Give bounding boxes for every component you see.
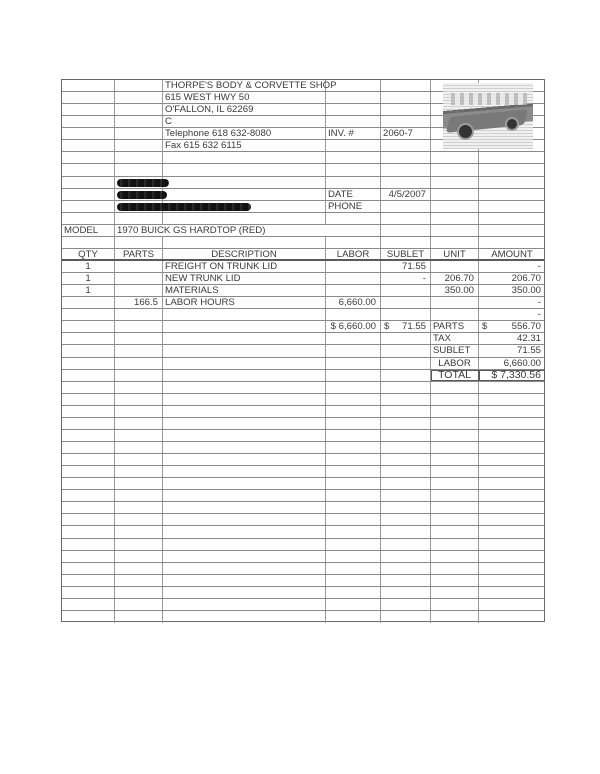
line-item-description: NEW TRUNK LID: [163, 273, 326, 284]
cell: [115, 430, 163, 441]
cell: [479, 551, 545, 562]
sheet-row: [62, 152, 544, 164]
model-label: MODEL: [62, 225, 115, 236]
cell: [62, 587, 115, 598]
cell: [62, 526, 115, 537]
cell: [62, 418, 115, 429]
line-item-sublet: [381, 309, 431, 320]
summary-label-sublet: SUBLET: [431, 345, 479, 356]
line-item-row: -: [62, 309, 544, 321]
phone-label: PHONE: [326, 201, 381, 212]
cell: [326, 466, 381, 477]
cell: [115, 128, 163, 139]
summary-value-sublet: 71.55: [479, 345, 545, 356]
cell: [431, 575, 479, 586]
cell: [431, 599, 479, 610]
cell: [381, 116, 431, 127]
line-item-labor: 6,660.00: [326, 297, 381, 308]
cell: [326, 611, 381, 623]
line-item-parts: [115, 261, 163, 272]
sheet-row: [62, 526, 544, 538]
cell: [431, 152, 479, 163]
cell: [62, 466, 115, 477]
cell: [163, 514, 326, 525]
sheet-row: PHONE: [62, 201, 544, 213]
sheet-row: $ 6,660.00$71.55PARTS$556.70: [62, 321, 544, 333]
cell: [479, 430, 545, 441]
cell: [62, 128, 115, 139]
shop-fax: Fax 615 632 6115: [163, 140, 326, 151]
sheet-row: [62, 539, 544, 551]
cell: [115, 237, 163, 248]
cell: [479, 201, 545, 212]
summary-amount: 42.31: [517, 333, 541, 344]
cell: [115, 406, 163, 417]
line-item-description: FREIGHT ON TRUNK LID: [163, 261, 326, 272]
cell: [326, 406, 381, 417]
line-item-row: 1FREIGHT ON TRUNK LID71.55-: [62, 261, 544, 273]
cell: [381, 539, 431, 550]
cell: [115, 587, 163, 598]
column-header-qty: QTY: [62, 249, 115, 259]
cell: [479, 526, 545, 537]
cell: [479, 454, 545, 465]
cell: [163, 490, 326, 501]
cell: [115, 514, 163, 525]
cell: [479, 177, 545, 188]
cell: [115, 575, 163, 586]
sheet-row: [62, 418, 544, 430]
cell: [163, 478, 326, 489]
cell: [62, 394, 115, 405]
cell: [431, 611, 479, 623]
cell: [115, 189, 163, 200]
cell: [326, 237, 381, 248]
cell: [479, 213, 545, 224]
line-item-qty: 1: [62, 285, 115, 296]
cell: [62, 539, 115, 550]
cell: [115, 526, 163, 537]
summary-amount: $ 7,330.56: [491, 369, 541, 381]
cell: [163, 406, 326, 417]
cell: [479, 466, 545, 477]
cell: [381, 152, 431, 163]
line-item-qty: 1: [62, 261, 115, 272]
cell: [431, 164, 479, 175]
cell: [115, 333, 163, 344]
cell: [326, 345, 381, 356]
cell: [431, 539, 479, 550]
cell: [431, 225, 479, 236]
cell: [115, 321, 163, 332]
line-item-unit: 206.70: [431, 273, 479, 284]
cell: [62, 80, 115, 91]
car-photo-icon: [443, 83, 533, 149]
cell: [115, 563, 163, 574]
cell: [62, 563, 115, 574]
cell: [431, 177, 479, 188]
cell: [479, 394, 545, 405]
cell: [381, 514, 431, 525]
cell: [326, 104, 381, 115]
cell: [431, 430, 479, 441]
summary-label-parts: PARTS: [431, 321, 479, 332]
cell: [381, 490, 431, 501]
cell: [163, 345, 326, 356]
redacted-customer-info: [117, 191, 167, 199]
cell: [326, 92, 381, 103]
line-item-parts: [115, 309, 163, 320]
cell: [431, 189, 479, 200]
line-item-labor: [326, 261, 381, 272]
cell: [115, 490, 163, 501]
cell: [163, 237, 326, 248]
cell: [115, 466, 163, 477]
line-item-parts: [115, 285, 163, 296]
cell: [381, 551, 431, 562]
cell: [326, 80, 381, 91]
cell: [62, 152, 115, 163]
sheet-row: [62, 551, 544, 563]
cell: [62, 321, 115, 332]
summary-value-total: $ 7,330.56: [479, 370, 545, 381]
cell: [326, 152, 381, 163]
customer-phone: [381, 201, 431, 212]
cell: [326, 599, 381, 610]
cell: [381, 92, 431, 103]
line-item-amount: 206.70: [479, 273, 545, 284]
cell: [431, 514, 479, 525]
cell: [115, 177, 163, 188]
cell: [62, 514, 115, 525]
invoice-number-label: INV. #: [326, 128, 381, 139]
summary-label-labor: LABOR: [431, 358, 479, 369]
cell: [115, 551, 163, 562]
sheet-row: [62, 164, 544, 176]
line-item-labor: [326, 285, 381, 296]
cell: [479, 442, 545, 453]
cell: [381, 418, 431, 429]
cell: [163, 177, 326, 188]
cell: [381, 213, 431, 224]
cell: [163, 382, 326, 393]
line-item-row: 166.5LABOR HOURS6,660.00-: [62, 297, 544, 309]
cell: [163, 430, 326, 441]
sheet-row: [62, 587, 544, 599]
line-item-parts: 166.5: [115, 297, 163, 308]
line-item-sublet: [381, 285, 431, 296]
cell: [163, 321, 326, 332]
cell: [381, 502, 431, 513]
cell: [431, 213, 479, 224]
cell: [163, 394, 326, 405]
cell: [62, 164, 115, 175]
cell: [381, 466, 431, 477]
cell: [163, 539, 326, 550]
cell: [163, 201, 326, 212]
cell: [326, 454, 381, 465]
cell: [431, 526, 479, 537]
date-label: DATE: [326, 189, 381, 200]
sublet-currency: $: [384, 321, 389, 332]
cell: [62, 406, 115, 417]
cell: [326, 490, 381, 501]
line-item-qty: [62, 309, 115, 320]
column-header-labor: LABOR: [326, 249, 381, 259]
line-item-amount: -: [479, 261, 545, 272]
cell: [431, 201, 479, 212]
cell: [381, 526, 431, 537]
cell: [163, 189, 326, 200]
cell: [431, 478, 479, 489]
cell: [381, 587, 431, 598]
sheet-row: [62, 611, 544, 623]
cell: [326, 478, 381, 489]
cell: [115, 370, 163, 381]
cell: [381, 177, 431, 188]
building-background: [451, 93, 527, 105]
cell: [431, 406, 479, 417]
cell: [115, 478, 163, 489]
cell: [62, 454, 115, 465]
cell: [62, 345, 115, 356]
cell: [62, 442, 115, 453]
cell: [326, 382, 381, 393]
cell: [115, 345, 163, 356]
line-item-unit: [431, 261, 479, 272]
cell: [431, 382, 479, 393]
cell: [163, 370, 326, 381]
column-header-parts: PARTS: [115, 249, 163, 259]
cell: [326, 502, 381, 513]
cell: [115, 394, 163, 405]
cell: [381, 140, 431, 151]
cell: [431, 454, 479, 465]
cell: [62, 333, 115, 344]
cell: [62, 370, 115, 381]
column-header-unit: UNIT: [431, 249, 479, 259]
sheet-row: SUBLET71.55: [62, 345, 544, 357]
column-header-description: DESCRIPTION: [163, 249, 326, 259]
cell: [115, 104, 163, 115]
cell: [326, 177, 381, 188]
cell: [163, 526, 326, 537]
sheet-row: [62, 213, 544, 225]
cell: [381, 333, 431, 344]
sheet-row: TAX42.31: [62, 333, 544, 345]
sheet-row: [62, 490, 544, 502]
cell: [62, 140, 115, 151]
cell: [381, 430, 431, 441]
cell: [381, 382, 431, 393]
cell: [479, 225, 545, 236]
cell: [163, 575, 326, 586]
cell: [115, 213, 163, 224]
line-item-unit: [431, 297, 479, 308]
cell: [163, 213, 326, 224]
cell: [479, 514, 545, 525]
invoice-number: 2060-7: [381, 128, 431, 139]
sheet-row: [62, 502, 544, 514]
cell: [115, 116, 163, 127]
sheet-row: [62, 442, 544, 454]
cell: [115, 140, 163, 151]
cell: [163, 551, 326, 562]
cell: [115, 92, 163, 103]
cell: [163, 502, 326, 513]
sheet-row: [62, 599, 544, 611]
cell: [326, 539, 381, 550]
shop-name: THORPE'S BODY & CORVETTE SHOP: [163, 80, 326, 91]
cell: [431, 490, 479, 501]
sheet-row: [62, 575, 544, 587]
sheet-row: TOTAL$ 7,330.56: [62, 370, 544, 382]
cell: [62, 502, 115, 513]
cell: [381, 104, 431, 115]
cell: [381, 575, 431, 586]
cell: [431, 237, 479, 248]
cell: [163, 466, 326, 477]
column-header-amount: AMOUNT: [479, 249, 545, 259]
summary-label-tax: TAX: [431, 333, 479, 344]
car-wheel-icon: [457, 123, 474, 140]
cell: [62, 599, 115, 610]
cell: [115, 152, 163, 163]
line-item-qty: [62, 297, 115, 308]
sheet-row: [62, 466, 544, 478]
cell: [479, 478, 545, 489]
cell: [381, 442, 431, 453]
cell: [115, 358, 163, 369]
cell: [62, 116, 115, 127]
sheet-row: [62, 394, 544, 406]
cell: [62, 92, 115, 103]
cell: [326, 394, 381, 405]
cell: [115, 382, 163, 393]
cell: [115, 599, 163, 610]
cell: [62, 201, 115, 212]
cell: [381, 345, 431, 356]
cell: [479, 382, 545, 393]
cell: [163, 563, 326, 574]
cell: [381, 225, 431, 236]
line-item-sublet: 71.55: [381, 261, 431, 272]
sheet-row: [62, 382, 544, 394]
cell: [479, 152, 545, 163]
column-header-sublet: SUBLET: [381, 249, 431, 259]
model-value: 1970 BUICK GS HARDTOP (RED): [115, 225, 326, 236]
cell: [115, 201, 163, 212]
shop-address: 615 WEST HWY 50: [163, 92, 326, 103]
cell: [62, 213, 115, 224]
cell: [62, 611, 115, 623]
line-item-amount: -: [479, 297, 545, 308]
shop-city: O'FALLON, IL 62269: [163, 104, 326, 115]
cell: [381, 80, 431, 91]
cell: [163, 152, 326, 163]
cell: [326, 370, 381, 381]
cell: [115, 164, 163, 175]
cell: [163, 164, 326, 175]
cell: [431, 394, 479, 405]
cell: [326, 225, 381, 236]
cell: [479, 575, 545, 586]
cell: [163, 587, 326, 598]
line-item-sublet: -: [381, 273, 431, 284]
cell: [479, 587, 545, 598]
line-item-labor: [326, 309, 381, 320]
sheet-row: [62, 563, 544, 575]
sheet-row: MODEL1970 BUICK GS HARDTOP (RED): [62, 225, 544, 237]
summary-value-parts: $556.70: [479, 321, 545, 332]
invoice-sheet: THORPE'S BODY & CORVETTE SHOP615 WEST HW…: [61, 79, 545, 622]
cell: [431, 563, 479, 574]
cell: [163, 611, 326, 623]
cell: [163, 418, 326, 429]
sheet-row: LABOR6,660.00: [62, 358, 544, 370]
line-item-amount: 350.00: [479, 285, 545, 296]
cell: [479, 418, 545, 429]
cell: [326, 526, 381, 537]
sheet-row: [62, 454, 544, 466]
cell: [479, 490, 545, 501]
cell: [326, 333, 381, 344]
cell: [479, 237, 545, 248]
cell: [431, 442, 479, 453]
cell: [326, 563, 381, 574]
cell: [326, 418, 381, 429]
line-item-sublet: [381, 297, 431, 308]
line-item-description: LABOR HOURS: [163, 297, 326, 308]
cell: [62, 177, 115, 188]
cell: $71.55: [381, 321, 431, 332]
summary-amount: 71.55: [517, 345, 541, 356]
cell: [62, 358, 115, 369]
cell: [62, 490, 115, 501]
cell: [115, 502, 163, 513]
cell: [381, 237, 431, 248]
cell: [326, 213, 381, 224]
cell: [326, 551, 381, 562]
sublet-total: 71.55: [402, 321, 426, 332]
cell: [326, 442, 381, 453]
cell: [381, 358, 431, 369]
cell: [381, 394, 431, 405]
sheet-row: [62, 478, 544, 490]
cell: [479, 539, 545, 550]
summary-amount: 6,660.00: [504, 358, 541, 369]
shop-telephone: Telephone 618 632-8080: [163, 128, 326, 139]
cell: [115, 442, 163, 453]
cell: [326, 164, 381, 175]
sheet-row: QTYPARTSDESCRIPTIONLABORSUBLETUNITAMOUNT: [62, 249, 544, 261]
cell: [163, 599, 326, 610]
sheet-row: [62, 406, 544, 418]
labor-total: $ 6,660.00: [326, 321, 381, 332]
cell: [431, 502, 479, 513]
summary-value-labor: 6,660.00: [479, 358, 545, 369]
redacted-customer-info: [117, 179, 169, 187]
cell: [479, 599, 545, 610]
cell: [381, 611, 431, 623]
line-item-description: MATERIALS: [163, 285, 326, 296]
line-item-description: [163, 309, 326, 320]
cell: [62, 237, 115, 248]
cell: [62, 104, 115, 115]
summary-value-tax: 42.31: [479, 333, 545, 344]
cell: [62, 478, 115, 489]
cell: [431, 587, 479, 598]
